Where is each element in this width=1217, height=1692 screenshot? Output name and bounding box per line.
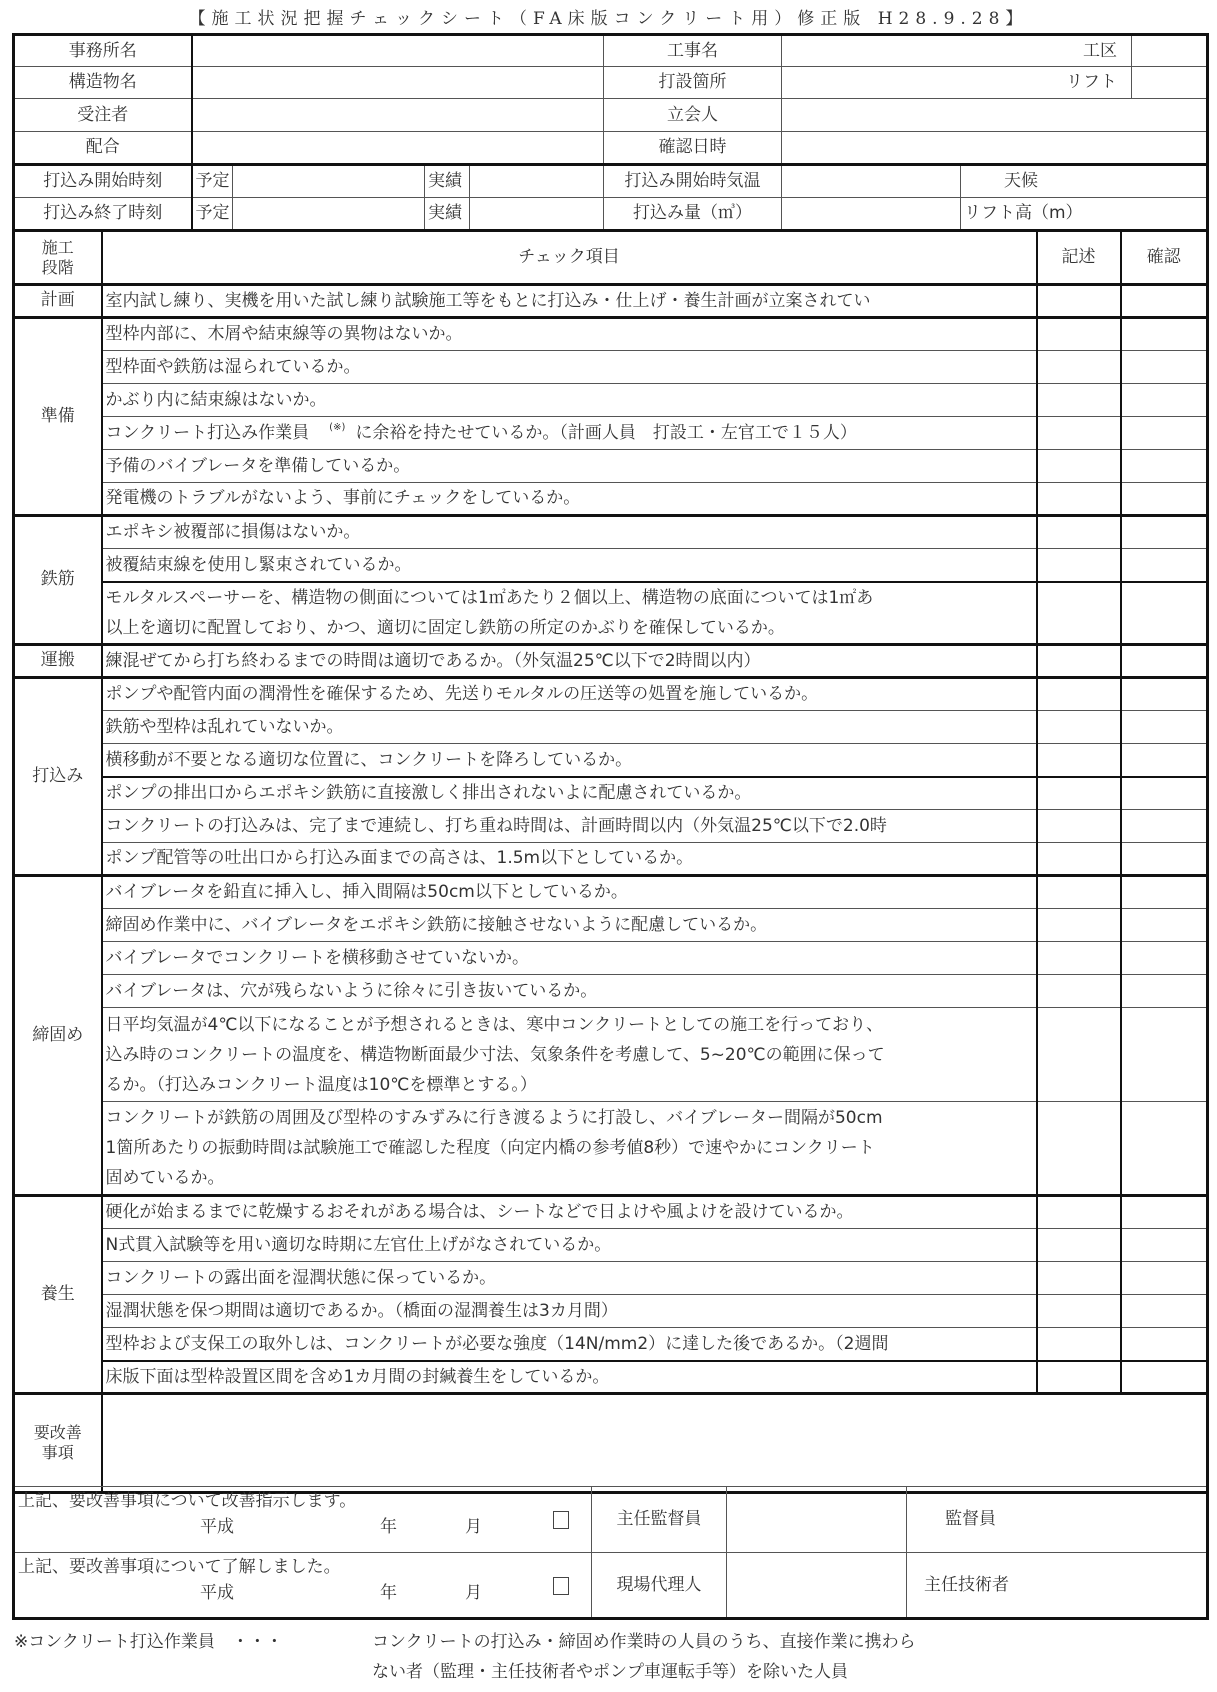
note-cell[interactable] (1037, 711, 1121, 744)
start-time-label: 打込み開始時刻 (14, 165, 192, 198)
end-actual-label: 実績 (425, 198, 470, 231)
checklist-row: 締固め作業中に、バイブレータをエポキシ鉄筋に接触させないように配慮しているか。 (14, 909, 1208, 942)
check-item: N式貫入試験等を用い適切な時期に左官仕上げがなされているか。 (102, 1229, 1037, 1262)
mix-field[interactable] (192, 132, 604, 165)
confirm-cell[interactable] (1121, 876, 1208, 909)
instruct-text: 上記、要改善事項について改善指示します。 (18, 1491, 588, 1511)
checklist-row: モルタルスペーサーを、構造物の側面については1㎡あたり２個以上、構造物の底面につ… (14, 582, 1208, 645)
check-item: コンクリートの露出面を湿潤状態に保っているか。 (102, 1262, 1037, 1295)
confirm-cell[interactable] (1121, 777, 1208, 810)
check-item-workers: コンクリート打込み作業員(※)に余裕を持たせているか。（計画人員 打設工・左官工… (102, 417, 1037, 450)
confirm-datetime-field[interactable] (782, 132, 1208, 165)
confirm-cell[interactable] (1121, 549, 1208, 582)
checklist-row: コンクリート打込み作業員(※)に余裕を持たせているか。（計画人員 打設工・左官工… (14, 417, 1208, 450)
check-item-line: るか。（打込みコンクリート温度は10℃を標準とする。） (106, 1070, 1033, 1100)
end-planned-field[interactable] (233, 198, 425, 231)
lift-label: リフト (782, 67, 1132, 99)
confirm-cell[interactable] (1121, 1328, 1208, 1361)
confirm-cell[interactable] (1121, 1102, 1208, 1196)
checklist-row: 型枠および支保工の取外しは、コンクリートが必要な強度（14N/mm2）に達した後… (14, 1328, 1208, 1361)
chief-engineer-label: 主任技術者 (907, 1553, 1208, 1619)
check-item: 練混ぜてから打ち終わるまでの時間は適切であるか。（外気温25℃以下で2時間以内） (102, 645, 1037, 678)
check-item-line: モルタルスペーサーを、構造物の側面については1㎡あたり２個以上、構造物の底面につ… (106, 583, 1033, 613)
start-temp-label: 打込み開始時気温 (604, 165, 782, 198)
check-item-line: 込み時のコンクリートの温度を、構造物断面最少寸法、気象条件を考慮して、5~20℃… (106, 1040, 1033, 1070)
stage-transport: 運搬 (14, 645, 102, 678)
confirm-cell[interactable] (1121, 744, 1208, 777)
check-item: エポキシ被覆部に損傷はないか。 (102, 516, 1037, 549)
note-cell[interactable] (1037, 285, 1121, 318)
check-item: バイブレータでコンクリートを横移動させていないか。 (102, 942, 1037, 975)
footnote-term: ※コンクリート打込作業員 ・・・ (14, 1627, 283, 1652)
confirm-cell[interactable] (1121, 417, 1208, 450)
checklist-row: ポンプの排出口からエポキシ鉄筋に直接激しく排出されないよに配慮されているか。 (14, 777, 1208, 810)
checklist-row: 鉄筋や型枠は乱れていないか。 (14, 711, 1208, 744)
end-actual-field[interactable] (470, 198, 604, 231)
note-cell[interactable] (1037, 318, 1121, 351)
mix-label: 配合 (14, 132, 192, 165)
confirm-cell[interactable] (1121, 810, 1208, 843)
note-cell[interactable] (1037, 843, 1121, 876)
note-cell[interactable] (1037, 549, 1121, 582)
header-info-table: 事務所名 工事名 工区 構造物名 打設箇所 リフト 受注者 立会人 配合 確認日… (12, 33, 1209, 232)
confirm-cell[interactable] (1121, 843, 1208, 876)
end-time-label: 打込み終了時刻 (14, 198, 192, 231)
note-cell[interactable] (1037, 1229, 1121, 1262)
check-item-line: 固めているか。 (106, 1163, 1033, 1193)
confirm-cell[interactable] (1121, 645, 1208, 678)
instruct-era: 平成 (200, 1517, 234, 1537)
check-item: 型枠面や鉄筋は湿られているか。 (102, 351, 1037, 384)
col-stage-header: 施工 段階 (14, 231, 102, 285)
work-zone-field[interactable] (1132, 35, 1208, 67)
improvement-label: 要改善 事項 (14, 1394, 102, 1493)
ack-text: 上記、要改善事項について了解しました。 (18, 1557, 588, 1577)
confirm-cell[interactable] (1121, 1262, 1208, 1295)
note-cell[interactable] (1037, 1262, 1121, 1295)
start-temp-field[interactable] (782, 165, 961, 198)
instruct-seal-box[interactable] (553, 1511, 569, 1529)
confirm-cell[interactable] (1121, 285, 1208, 318)
check-item: 型枠内部に、木屑や結束線等の異物はないか。 (102, 318, 1037, 351)
confirm-cell[interactable] (1121, 1295, 1208, 1328)
office-label: 事務所名 (14, 35, 192, 67)
note-cell[interactable] (1037, 384, 1121, 417)
check-item: 型枠および支保工の取外しは、コンクリートが必要な強度（14N/mm2）に達した後… (102, 1328, 1037, 1361)
col-confirm-header: 確認 (1121, 231, 1208, 285)
footnote-mark: (※) (329, 422, 345, 433)
check-item-multiline: 日平均気温が4℃以下になることが予想されるときは、寒中コンクリートとしての施工を… (102, 1008, 1037, 1102)
note-cell[interactable] (1037, 417, 1121, 450)
ack-seal-box[interactable] (553, 1577, 569, 1595)
confirm-cell[interactable] (1121, 942, 1208, 975)
col-item-header: チェック項目 (102, 231, 1037, 285)
note-cell[interactable] (1037, 1008, 1121, 1102)
worker-item-prefix: コンクリート打込み作業員 (106, 423, 310, 443)
checklist-row: 鉄筋 エポキシ被覆部に損傷はないか。 (14, 516, 1208, 549)
volume-label: 打込み量（㎥） (604, 198, 782, 231)
confirm-datetime-label: 確認日時 (604, 132, 782, 165)
checklist-row: 発電機のトラブルがないよう、事前にチェックをしているか。 (14, 483, 1208, 516)
confirm-cell[interactable] (1121, 318, 1208, 351)
checklist-row: かぶり内に結束線はないか。 (14, 384, 1208, 417)
stage-plan: 計画 (14, 285, 102, 318)
instruct-cell: 上記、要改善事項について改善指示します。 平成 年 月 (14, 1487, 592, 1553)
structure-field[interactable] (192, 67, 604, 99)
check-item: 横移動が不要となる適切な位置に、コンクリートを降ろしているか。 (102, 744, 1037, 777)
ack-month: 月 (465, 1583, 482, 1603)
lift-field[interactable] (1132, 67, 1208, 99)
confirm-cell[interactable] (1121, 678, 1208, 711)
improvement-field[interactable] (102, 1394, 1208, 1493)
check-item-line: 以上を適切に配置しており、かつ、適切に固定し鉄筋の所定のかぶりを確保しているか。 (106, 613, 1033, 643)
check-item: ポンプや配管内面の潤滑性を確保するため、先送りモルタルの圧送等の処置を施している… (102, 678, 1037, 711)
check-item: 鉄筋や型枠は乱れていないか。 (102, 711, 1037, 744)
checklist-row: 予備のバイブレータを準備しているか。 (14, 450, 1208, 483)
check-item: ポンプ配管等の吐出口から打込み面までの高さは、1.5m以下としているか。 (102, 843, 1037, 876)
checklist-table: 施工 段階 チェック項目 記述 確認 計画 室内試し練り、実機を用いた試し練り試… (12, 229, 1209, 1494)
checklist-row: 準備 型枠内部に、木屑や結束線等の異物はないか。 (14, 318, 1208, 351)
check-item: 発電機のトラブルがないよう、事前にチェックをしているか。 (102, 483, 1037, 516)
check-item: 室内試し練り、実機を用いた試し練り試験施工等をもとに打込み・仕上げ・養生計画が立… (102, 285, 1037, 318)
note-cell[interactable] (1037, 942, 1121, 975)
ack-cell: 上記、要改善事項について了解しました。 平成 年 月 (14, 1553, 592, 1619)
note-cell[interactable] (1037, 876, 1121, 909)
note-cell[interactable] (1037, 909, 1121, 942)
confirm-cell[interactable] (1121, 975, 1208, 1008)
lift-height-label: リフト高（m） (961, 198, 1208, 231)
pour-location-label: 打設箇所 (604, 67, 782, 99)
checklist-row: コンクリートが鉄筋の周囲及び型枠のすみずみに行き渡るように打設し、バイブレーター… (14, 1102, 1208, 1196)
supervisor-label: 監督員 (907, 1487, 1208, 1553)
footnote-line-2: ない者（監理・主任技術者やポンプ車運転手等）を除いた人員 (372, 1657, 848, 1682)
check-item-line: 1箇所あたりの振動時間は試験施工で確認した程度（向定内橋の参考値8秒）で速やかに… (106, 1133, 1033, 1163)
checklist-row: 湿潤状態を保つ期間は適切であるか。（橋面の湿潤養生は3カ月間） (14, 1295, 1208, 1328)
checklist-row: 型枠面や鉄筋は湿られているか。 (14, 351, 1208, 384)
note-cell[interactable] (1037, 678, 1121, 711)
check-item: バイブレータを鉛直に挿入し、挿入間隔は50cm以下としているか。 (102, 876, 1037, 909)
witness-field[interactable] (782, 99, 1208, 132)
start-planned-label: 予定 (192, 165, 233, 198)
note-cell[interactable] (1037, 744, 1121, 777)
stage-curing: 養生 (14, 1196, 102, 1394)
start-planned-field[interactable] (233, 165, 425, 198)
instruct-month: 月 (465, 1517, 482, 1537)
checklist-row: コンクリートの露出面を湿潤状態に保っているか。 (14, 1262, 1208, 1295)
ack-year: 年 (380, 1583, 397, 1603)
checklist-row: 横移動が不要となる適切な位置に、コンクリートを降ろしているか。 (14, 744, 1208, 777)
checklist-row: 日平均気温が4℃以下になることが予想されるときは、寒中コンクリートとしての施工を… (14, 1008, 1208, 1102)
check-item: 予備のバイブレータを準備しているか。 (102, 450, 1037, 483)
note-cell[interactable] (1037, 1102, 1121, 1196)
checklist-row: バイブレータは、穴が残らないように徐々に引き抜いているか。 (14, 975, 1208, 1008)
signoff-table: 上記、要改善事項について改善指示します。 平成 年 月 主任監督員 監督員 上記… (12, 1486, 1209, 1620)
checklist-row: 締固め バイブレータを鉛直に挿入し、挿入間隔は50cm以下としているか。 (14, 876, 1208, 909)
col-note-header: 記述 (1037, 231, 1121, 285)
note-cell[interactable] (1037, 351, 1121, 384)
stage-rebar: 鉄筋 (14, 516, 102, 645)
check-item: 硬化が始まるまでに乾燥するおそれがある場合は、シートなどで日よけや風よけを設けて… (102, 1196, 1037, 1229)
confirm-cell[interactable] (1121, 1196, 1208, 1229)
check-item: コンクリートの打込みは、完了まで連続し、打ち重ね時間は、計画時間以内（外気温25… (102, 810, 1037, 843)
confirm-cell[interactable] (1121, 909, 1208, 942)
confirm-cell[interactable] (1121, 582, 1208, 645)
structure-label: 構造物名 (14, 67, 192, 99)
check-item-line: 日平均気温が4℃以下になることが予想されるときは、寒中コンクリートとしての施工を… (106, 1010, 1033, 1040)
witness-label: 立会人 (604, 99, 782, 132)
note-cell[interactable] (1037, 483, 1121, 516)
check-item: かぶり内に結束線はないか。 (102, 384, 1037, 417)
start-actual-field[interactable] (470, 165, 604, 198)
check-item: 湿潤状態を保つ期間は適切であるか。（橋面の湿潤養生は3カ月間） (102, 1295, 1037, 1328)
site-agent-sign[interactable] (727, 1553, 907, 1619)
stage-prep: 準備 (14, 318, 102, 516)
checklist-row: ポンプ配管等の吐出口から打込み面までの高さは、1.5m以下としているか。 (14, 843, 1208, 876)
note-cell[interactable] (1037, 1328, 1121, 1361)
check-item-multiline: モルタルスペーサーを、構造物の側面については1㎡あたり２個以上、構造物の底面につ… (102, 582, 1037, 645)
confirm-cell[interactable] (1121, 1361, 1208, 1394)
stage-placing: 打込み (14, 678, 102, 876)
check-item: 締固め作業中に、バイブレータをエポキシ鉄筋に接触させないように配慮しているか。 (102, 909, 1037, 942)
check-item-line: コンクリートが鉄筋の周囲及び型枠のすみずみに行き渡るように打設し、バイブレーター… (106, 1103, 1033, 1133)
checklist-row: 運搬 練混ぜてから打ち終わるまでの時間は適切であるか。（外気温25℃以下で2時間… (14, 645, 1208, 678)
contractor-field[interactable] (192, 99, 604, 132)
checklist-row: 被覆結束線を使用し緊束されているか。 (14, 549, 1208, 582)
contractor-label: 受注者 (14, 99, 192, 132)
check-item-multiline: コンクリートが鉄筋の周囲及び型枠のすみずみに行き渡るように打設し、バイブレーター… (102, 1102, 1037, 1196)
start-actual-label: 実績 (425, 165, 470, 198)
confirm-cell[interactable] (1121, 483, 1208, 516)
note-cell[interactable] (1037, 1196, 1121, 1229)
checklist-row: 床版下面は型枠設置区間を含め1カ月間の封緘養生をしているか。 (14, 1361, 1208, 1394)
end-planned-label: 予定 (192, 198, 233, 231)
check-item: 被覆結束線を使用し緊束されているか。 (102, 549, 1037, 582)
note-cell[interactable] (1037, 777, 1121, 810)
note-cell[interactable] (1037, 1361, 1121, 1394)
chief-supervisor-label: 主任監督員 (592, 1487, 727, 1553)
checklist-row: 計画 室内試し練り、実機を用いた試し練り試験施工等をもとに打込み・仕上げ・養生計… (14, 285, 1208, 318)
weather-label: 天候 (961, 165, 1208, 198)
footnote-line-1: コンクリートの打込み・締固め作業時の人員のうち、直接作業に携わら (372, 1627, 916, 1652)
stage-compaction: 締固め (14, 876, 102, 1196)
sheet-title: 【施工状況把握チェックシート（FA床版コンクリート用）修正版 H28.9.28】 (0, 4, 1217, 30)
worker-item-suffix: に余裕を持たせているか。（計画人員 打設工・左官工で１５人） (355, 423, 857, 443)
note-cell[interactable] (1037, 975, 1121, 1008)
confirm-cell[interactable] (1121, 450, 1208, 483)
volume-field[interactable] (782, 198, 961, 231)
checklist-row: 打込み ポンプや配管内面の潤滑性を確保するため、先送りモルタルの圧送等の処置を施… (14, 678, 1208, 711)
office-field[interactable] (192, 35, 604, 67)
check-item: バイブレータは、穴が残らないように徐々に引き抜いているか。 (102, 975, 1037, 1008)
checklist-row: バイブレータでコンクリートを横移動させていないか。 (14, 942, 1208, 975)
checklist-row: コンクリートの打込みは、完了まで連続し、打ち重ね時間は、計画時間以内（外気温25… (14, 810, 1208, 843)
note-cell[interactable] (1037, 516, 1121, 549)
confirm-cell[interactable] (1121, 1229, 1208, 1262)
site-agent-label: 現場代理人 (592, 1553, 727, 1619)
confirm-cell[interactable] (1121, 711, 1208, 744)
checklist-row: 養生 硬化が始まるまでに乾燥するおそれがある場合は、シートなどで日よけや風よけを… (14, 1196, 1208, 1229)
confirm-cell[interactable] (1121, 384, 1208, 417)
instruct-year: 年 (380, 1517, 397, 1537)
work-name-label: 工事名 (604, 35, 782, 67)
note-cell[interactable] (1037, 1295, 1121, 1328)
note-cell[interactable] (1037, 810, 1121, 843)
confirm-cell[interactable] (1121, 1008, 1208, 1102)
confirm-cell[interactable] (1121, 516, 1208, 549)
work-zone-label: 工区 (782, 35, 1132, 67)
check-item: 床版下面は型枠設置区間を含め1カ月間の封緘養生をしているか。 (102, 1361, 1037, 1394)
note-cell[interactable] (1037, 582, 1121, 645)
checklist-row: N式貫入試験等を用い適切な時期に左官仕上げがなされているか。 (14, 1229, 1208, 1262)
chief-supervisor-sign[interactable] (727, 1487, 907, 1553)
ack-era: 平成 (200, 1583, 234, 1603)
confirm-cell[interactable] (1121, 351, 1208, 384)
check-item: ポンプの排出口からエポキシ鉄筋に直接激しく排出されないよに配慮されているか。 (102, 777, 1037, 810)
note-cell[interactable] (1037, 645, 1121, 678)
note-cell[interactable] (1037, 450, 1121, 483)
